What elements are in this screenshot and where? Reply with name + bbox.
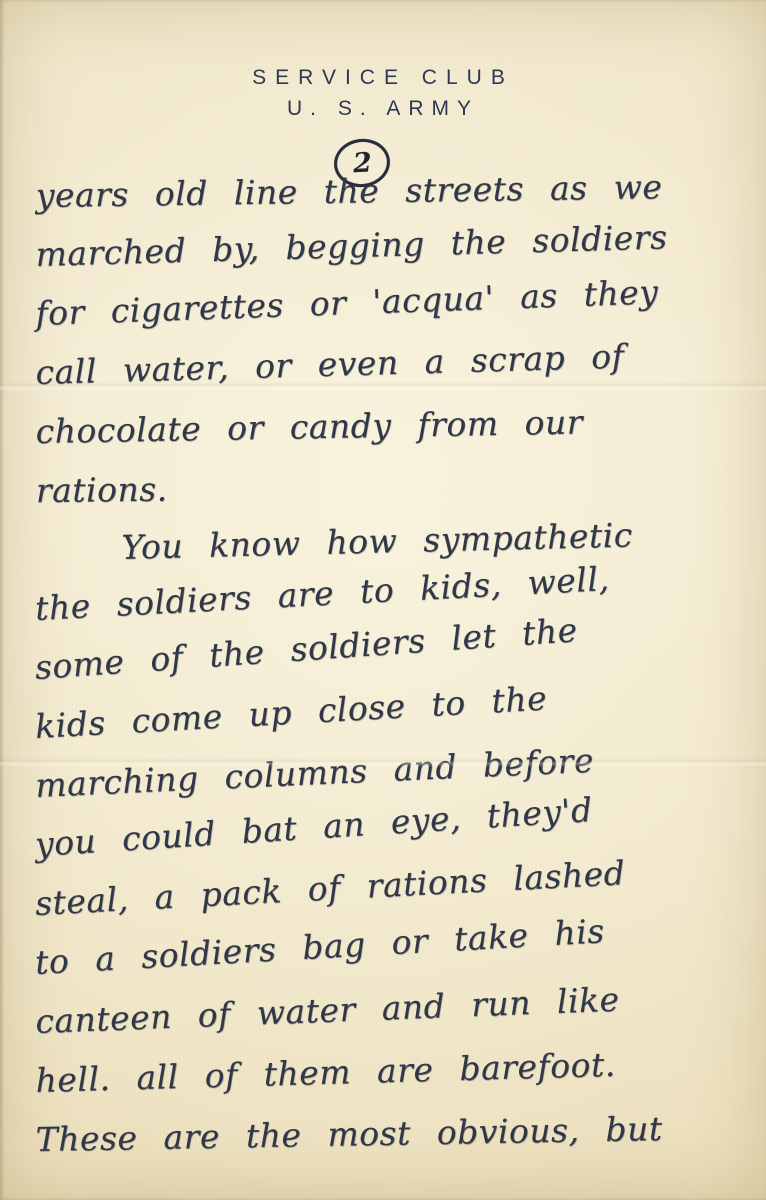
letterhead-line2: U. S. ARMY — [0, 97, 766, 121]
handwritten-line: chocolate or candy from our — [35, 400, 742, 471]
letterhead: SERVICE CLUB U. S. ARMY — [0, 66, 766, 121]
letter-page: SERVICE CLUB U. S. ARMY 2 years old line… — [0, 0, 766, 1200]
letter-body: years old line the streets as we marched… — [36, 176, 742, 1179]
letterhead-line1: SERVICE CLUB — [0, 66, 766, 90]
handwritten-line: These are the most obvious, but — [35, 1108, 742, 1179]
